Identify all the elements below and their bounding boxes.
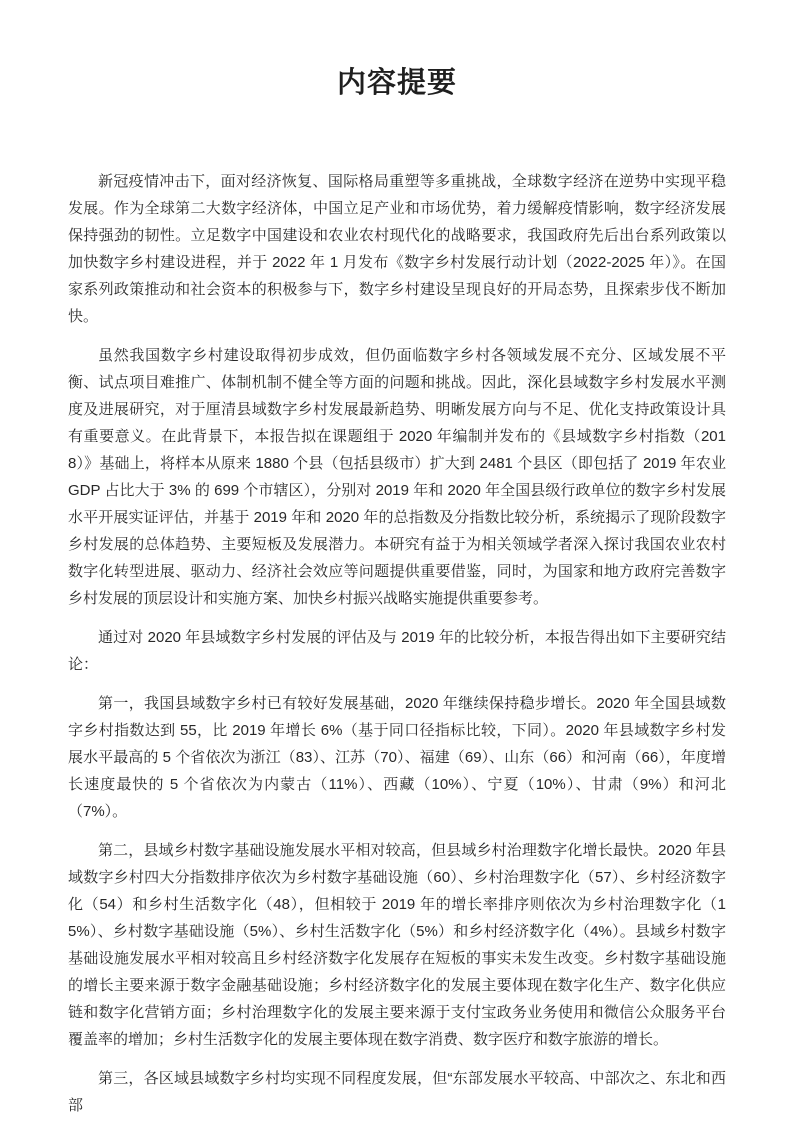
document-page: 内容提要 新冠疫情冲击下，面对经济恢复、国际格局重塑等多重挑战，全球数字经济在逆…	[0, 0, 793, 1122]
paragraph-1: 新冠疫情冲击下，面对经济恢复、国际格局重塑等多重挑战，全球数字经济在逆势中实现平…	[68, 168, 726, 330]
paragraph-2: 虽然我国数字乡村建设取得初步成效，但仍面临数字乡村各领域发展不充分、区域发展不平…	[68, 342, 726, 612]
paragraph-6-finding-three: 第三，各区域县域数字乡村均实现不同程度发展，但“东部发展水平较高、中部次之、东北…	[68, 1065, 726, 1119]
paragraph-4-finding-one: 第一，我国县域数字乡村已有较好发展基础，2020 年继续保持稳步增长。2020 …	[68, 690, 726, 825]
paragraph-5-finding-two: 第二，县域乡村数字基础设施发展水平相对较高，但县域乡村治理数字化增长最快。202…	[68, 837, 726, 1053]
page-title: 内容提要	[68, 62, 726, 104]
document-body: 新冠疫情冲击下，面对经济恢复、国际格局重塑等多重挑战，全球数字经济在逆势中实现平…	[68, 168, 726, 1119]
paragraph-3: 通过对 2020 年县域数字乡村发展的评估及与 2019 年的比较分析，本报告得…	[68, 624, 726, 678]
